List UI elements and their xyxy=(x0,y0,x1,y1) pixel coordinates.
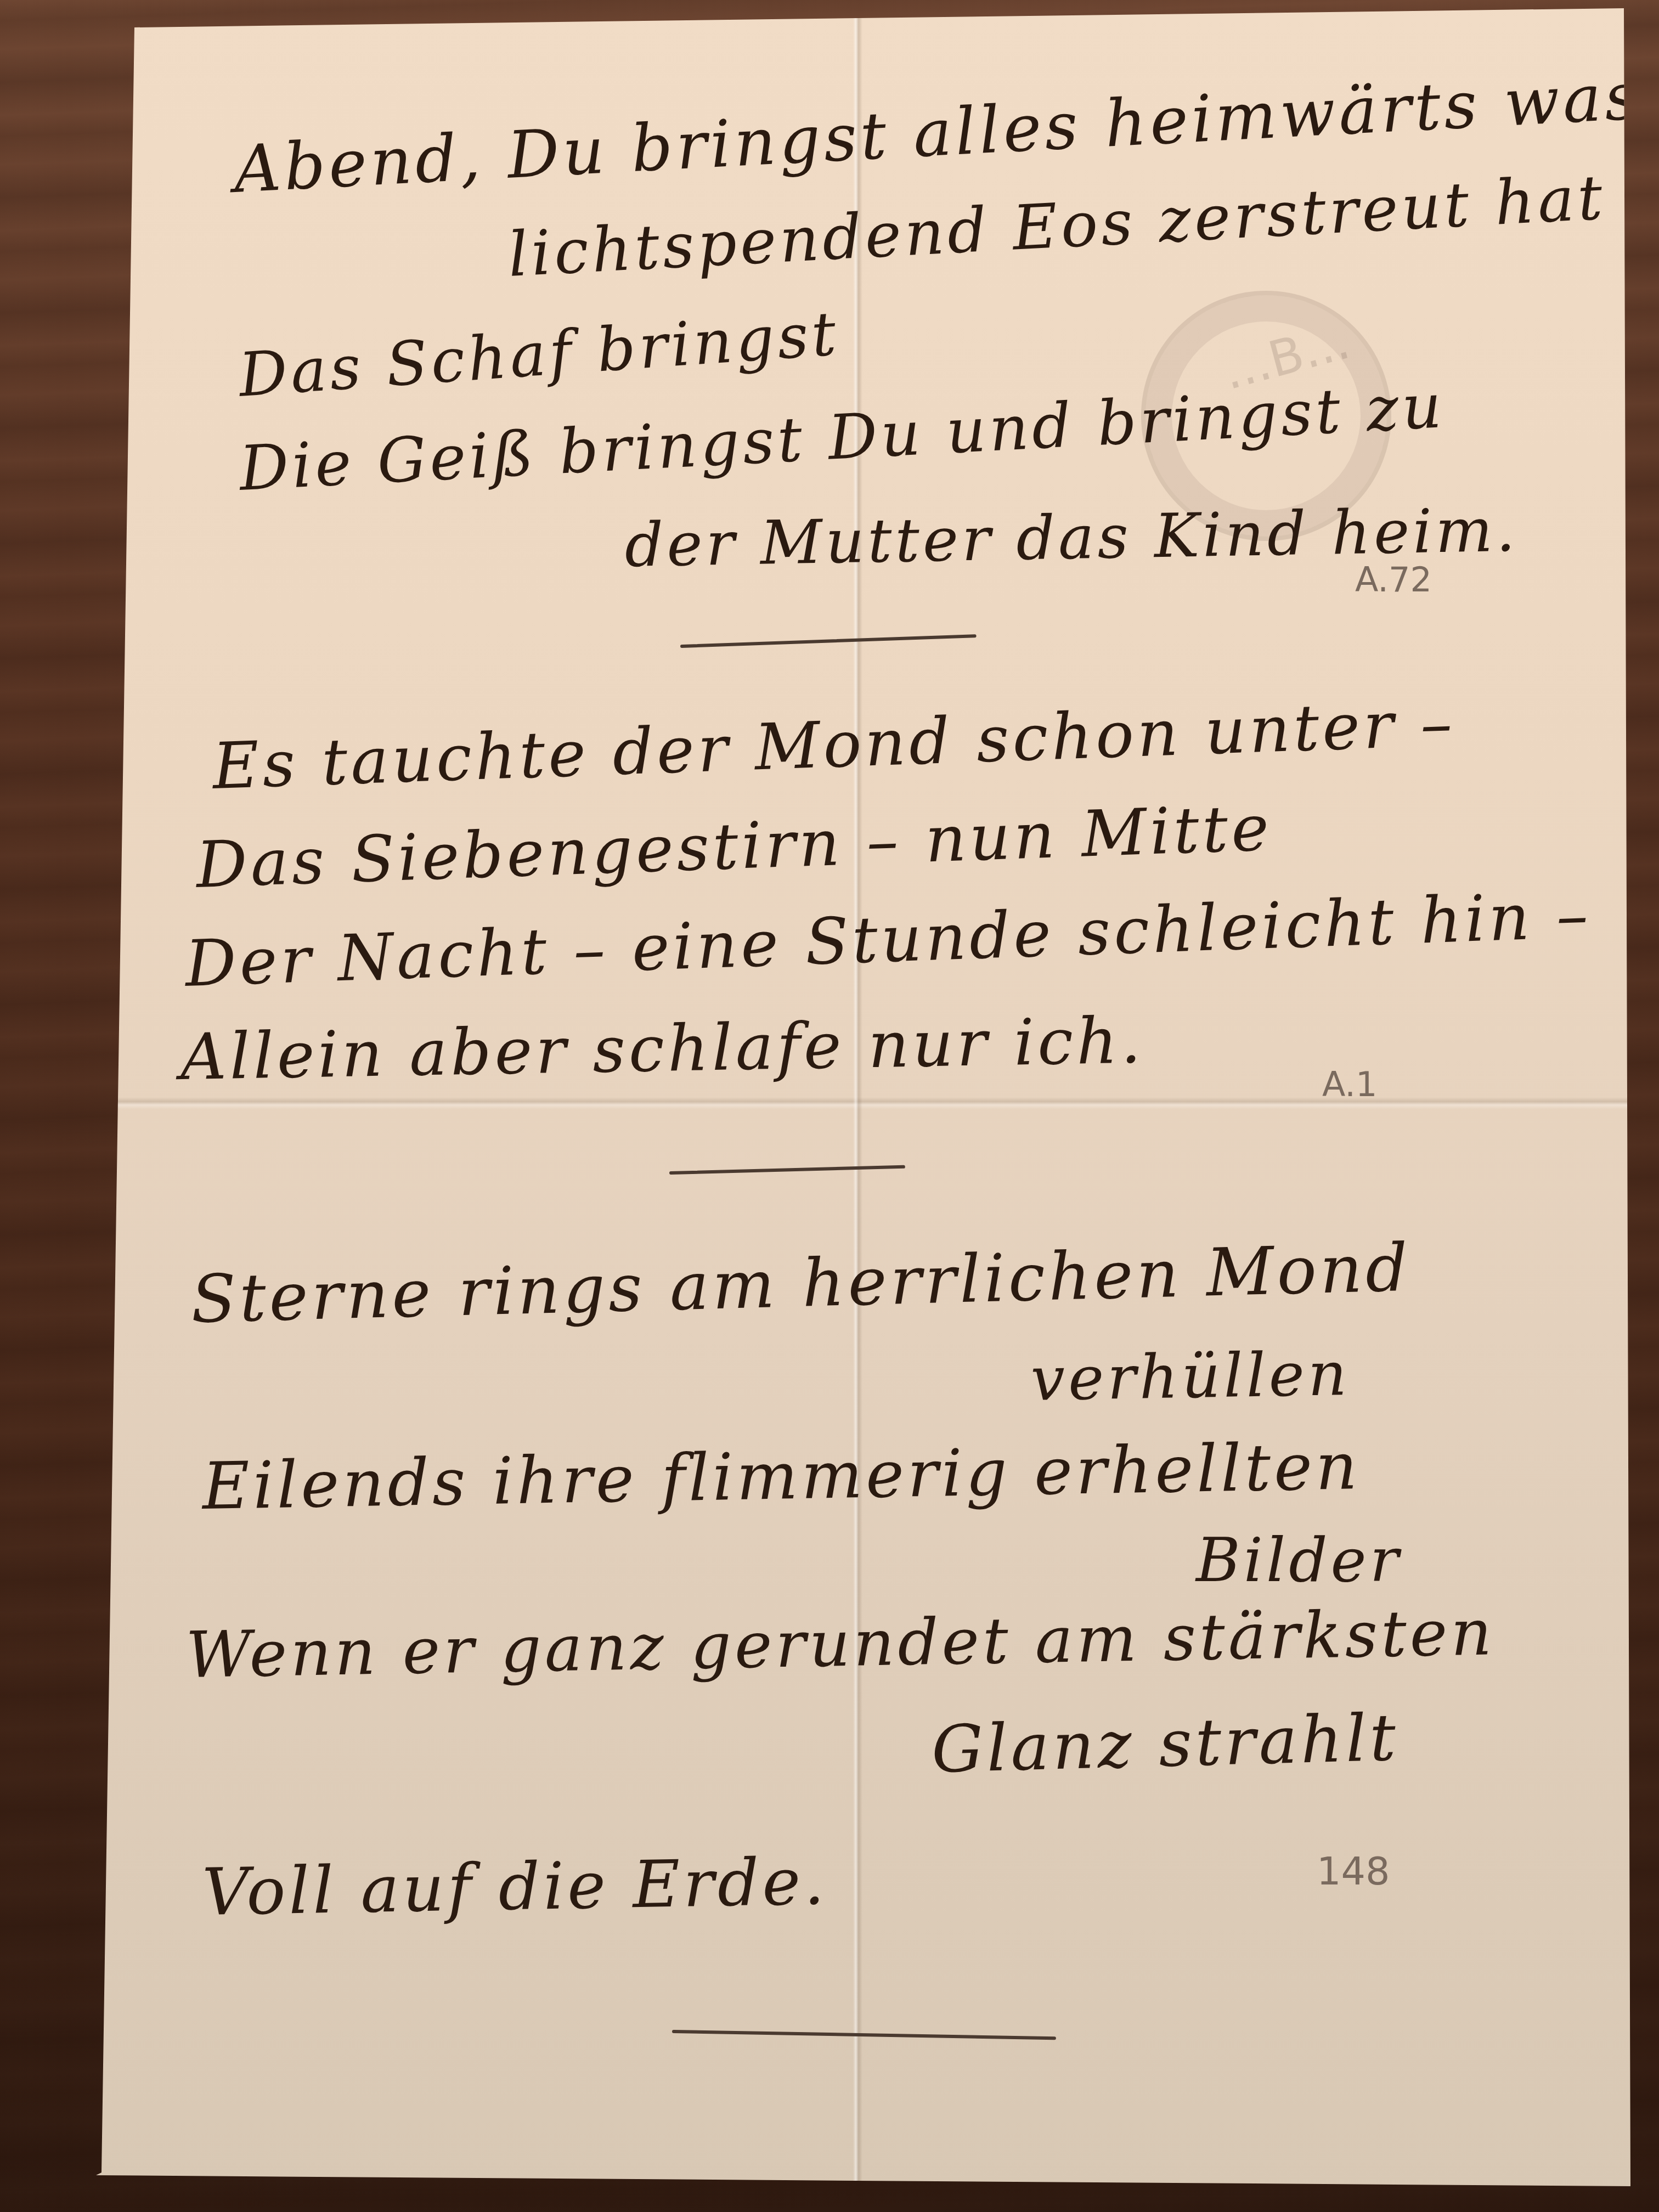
stanza-divider-2 xyxy=(669,1165,905,1175)
pencil-note-148: 148 xyxy=(1317,1849,1390,1894)
stanza-3-line-4: Bilder xyxy=(1196,1525,1402,1595)
stanza-1-line-3: Das Schaf bringst xyxy=(236,298,842,410)
stanza-3-line-2: verhüllen xyxy=(1030,1339,1351,1414)
stanza-3-line-1: Sterne rings am herrlichen Mond xyxy=(190,1230,1412,1338)
stanza-2-line-4: Allein aber schlafe nur ich. xyxy=(180,1003,1145,1094)
stanza-3-line-6: Glanz strahlt xyxy=(930,1700,1400,1787)
pencil-note-a1: A.1 xyxy=(1322,1064,1377,1104)
stanza-2-line-3: Der Nacht – eine Stunde schleicht hin – xyxy=(184,878,1593,1001)
stanza-3-line-3: Eilends ihre flimmerig erhellten xyxy=(202,1428,1361,1524)
stanza-divider-1 xyxy=(680,634,977,648)
stanza-3-line-5: Wenn er ganz gerundet am stärksten xyxy=(185,1595,1496,1692)
stanza-2-line-2: Das Siebengestirn – nun Mitte xyxy=(195,791,1273,902)
pencil-note-a72: A.72 xyxy=(1355,560,1432,600)
stanza-divider-3 xyxy=(672,2030,1056,2040)
stanza-2-line-1: Es tauchte der Mond schon unter – xyxy=(211,686,1457,804)
paper-sheet: ...B... Abend, Du bringst alles heimwärt… xyxy=(0,0,1659,2212)
letter-photo: ...B... Abend, Du bringst alles heimwärt… xyxy=(0,0,1659,2212)
stanza-3-line-7: Voll auf die Erde. xyxy=(202,1843,828,1930)
